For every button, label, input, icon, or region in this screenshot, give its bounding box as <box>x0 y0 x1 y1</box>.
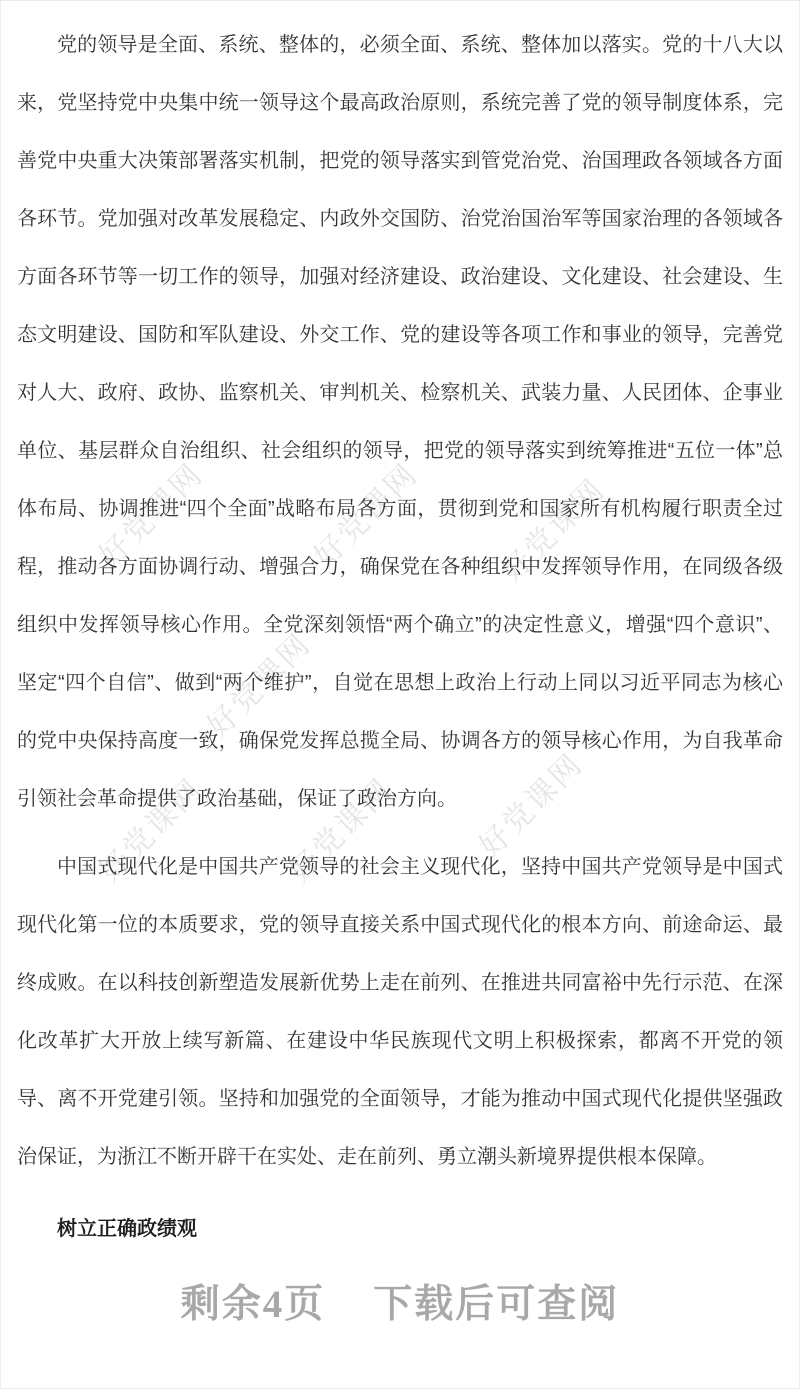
document-page: 好党课网 好党课网 好党课网 好党课网 好党课网 好党课网 好党课网 党的领导是… <box>0 0 800 1389</box>
paragraph-party-leadership: 党的领导是全面、系统、整体的，必须全面、系统、整体加以落实。党的十八大以来，党坚… <box>17 16 783 828</box>
preview-footer: 剩余4页下载后可查阅 <box>1 1273 799 1329</box>
pages-remaining-label: 剩余4页 <box>181 1283 326 1326</box>
paragraph-chinese-modernization: 中国式现代化是中国共产党领导的社会主义现代化，坚持中国共产党领导是中国式现代化第… <box>17 838 783 1186</box>
document-content: 党的领导是全面、系统、整体的，必须全面、系统、整体加以落实。党的十八大以来，党坚… <box>1 1 799 1258</box>
download-hint-label: 下载后可查阅 <box>373 1283 619 1326</box>
section-heading: 树立正确政绩观 <box>17 1200 783 1258</box>
